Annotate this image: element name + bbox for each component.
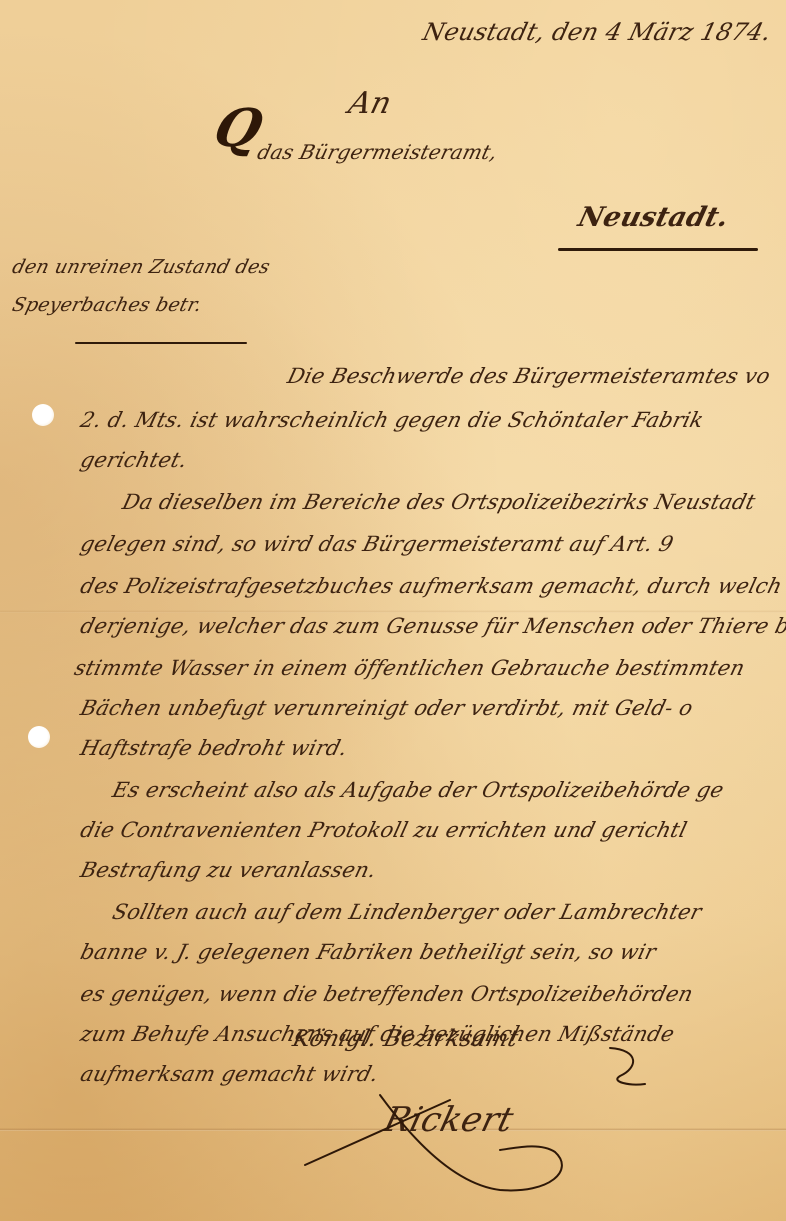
recipient-city: Neustadt. (575, 202, 732, 233)
subject-line-2: Speyerbaches betr. (10, 294, 204, 316)
place-date: Neustadt, den 4 März 1874. (420, 18, 774, 46)
body-line: derjenige, welcher das zum Genusse für M… (78, 614, 786, 638)
subject-line-1: den unreinen Zustand des (10, 256, 272, 278)
closing-flourish (600, 1040, 660, 1090)
body-line: Bächen unbefugt verunreinigt oder verdir… (78, 696, 695, 720)
body-line: Sollten auch auf dem Lindenberger oder L… (110, 900, 704, 924)
body-line: 2. d. Mts. ist wahrscheinlich gegen die … (78, 408, 706, 432)
body-line: gelegen sind, so wird das Bürgermeistera… (78, 532, 676, 556)
body-line: die Contravenienten Protokoll zu erricht… (78, 818, 689, 842)
body-line: gerichtet. (78, 448, 190, 472)
body-line: Es erscheint also als Aufgabe der Ortspo… (110, 778, 726, 802)
punch-hole (32, 404, 54, 426)
salutation: An (345, 86, 395, 121)
closing-office: Königl. Bezirksamt (290, 1026, 521, 1052)
signature-flourish (300, 1090, 600, 1200)
body-line: banne v. J. gelegenen Fabriken betheilig… (78, 940, 659, 964)
punch-hole (28, 726, 50, 748)
body-line: Die Beschwerde des Bürgermeisteramtes vo (285, 364, 773, 388)
body-line: Da dieselben im Bereiche des Ortspolizei… (120, 490, 758, 514)
body-line: stimmte Wasser in einem öffentlichen Geb… (72, 656, 747, 680)
recipient: das Bürgermeisteramt, (255, 140, 500, 164)
body-line: Bestrafung zu veranlassen. (78, 858, 379, 882)
subject-underline (75, 342, 247, 344)
body-line: Haftstrafe bedroht wird. (78, 736, 350, 760)
paper-fold-line (0, 610, 786, 613)
body-line: aufmerksam gemacht wird. (78, 1062, 381, 1086)
body-line: des Polizeistrafgesetzbuches aufmerksam … (78, 574, 785, 598)
city-underline (558, 248, 758, 251)
body-line: es genügen, wenn die betreffenden Ortspo… (78, 982, 696, 1006)
document-page: Neustadt, den 4 März 1874. Q An das Bürg… (0, 0, 786, 1221)
